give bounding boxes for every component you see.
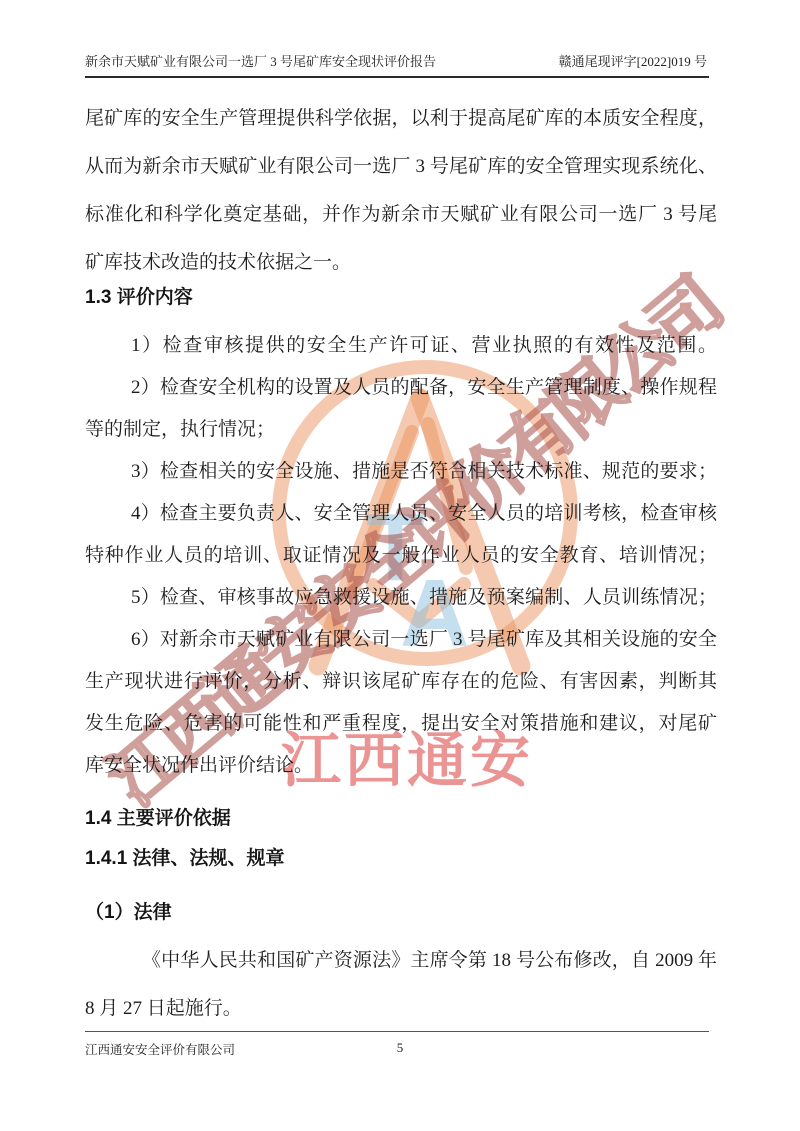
text-line: 2）检查安全机构的设置及人员的配备，安全生产管理制度、操作规程 <box>85 367 717 409</box>
page-content: 新余市天赋矿业有限公司一选厂 3 号尾矿库安全现状评价报告 赣通尾现评字[202… <box>0 0 800 1131</box>
text-line: 特种作业人员的培训、取证情况及一般作业人员的安全教育、培训情况； <box>85 535 717 577</box>
text-line: 6）对新余市天赋矿业有限公司一选厂 3 号尾矿库及其相关设施的安全 <box>85 619 717 661</box>
text-line: 发生危险、危害的可能性和严重程度，提出安全对策措施和建议，对尾矿 <box>85 703 717 745</box>
evaluation-item-1: 1）检查审核提供的安全生产许可证、营业执照的有效性及范围。 <box>85 325 717 367</box>
section-1-4-1-heading: 1.4.1 法律、法规、规章 <box>85 847 717 871</box>
text-line: 3）检查相关的安全设施、措施是否符合相关技术标准、规范的要求； <box>85 451 717 493</box>
intro-paragraph: 尾矿库的安全生产管理提供科学依据，以利于提高尾矿库的本质安全程度，从而为新余市天… <box>85 95 717 287</box>
text-line: 生产现状进行评价，分析、辩识该尾矿库存在的危险、有害因素，判断其 <box>85 661 717 703</box>
text-line: 等的制定，执行情况； <box>85 409 717 451</box>
evaluation-item-6: 6）对新余市天赋矿业有限公司一选厂 3 号尾矿库及其相关设施的安全生产现状进行评… <box>85 619 717 787</box>
text-line: 库安全状况作出评价结论。 <box>85 745 717 787</box>
text-line: 5）检查、审核事故应急救援设施、措施及预案编制、人员训练情况； <box>85 577 717 619</box>
text-line: 《中华人民共和国矿产资源法》主席令第 18 号公布修改，自 2009 年 <box>85 937 717 985</box>
law-paragraph: 《中华人民共和国矿产资源法》主席令第 18 号公布修改，自 2009 年8 月 … <box>85 937 717 1033</box>
header-rule <box>85 76 709 78</box>
header-report-title: 新余市天赋矿业有限公司一选厂 3 号尾矿库安全现状评价报告 <box>85 51 436 70</box>
text-line: 标准化和科学化奠定基础，并作为新余市天赋矿业有限公司一选厂 3 号尾 <box>85 191 717 239</box>
text-line: 4）检查主要负责人、安全管理人员、安全人员的培训考核，检查审核 <box>85 493 717 535</box>
evaluation-item-2: 2）检查安全机构的设置及人员的配备，安全生产管理制度、操作规程等的制定，执行情况… <box>85 367 717 451</box>
section-1-4-heading: 1.4 主要评价依据 <box>85 807 717 831</box>
evaluation-item-4: 4）检查主要负责人、安全管理人员、安全人员的培训考核，检查审核特种作业人员的培训… <box>85 493 717 577</box>
text-line: 1）检查审核提供的安全生产许可证、营业执照的有效性及范围。 <box>85 325 717 367</box>
page-number: 5 <box>0 1040 800 1056</box>
section-1-3-heading: 1.3 评价内容 <box>85 286 717 310</box>
evaluation-item-5: 5）检查、审核事故应急救援设施、措施及预案编制、人员训练情况； <box>85 577 717 619</box>
text-line: 8 月 27 日起施行。 <box>85 985 717 1033</box>
text-line: 矿库技术改造的技术依据之一。 <box>85 239 717 287</box>
document-page: T A 江西通安安全评价有限公司 江西通安 新余市天赋矿业有限公司一选厂 3 号… <box>0 0 800 1131</box>
text-line: 从而为新余市天赋矿业有限公司一选厂 3 号尾矿库的安全管理实现系统化、 <box>85 143 717 191</box>
footer-rule <box>85 1031 709 1032</box>
evaluation-items-list: 1）检查审核提供的安全生产许可证、营业执照的有效性及范围。 2）检查安全机构的设… <box>85 325 717 787</box>
evaluation-item-3: 3）检查相关的安全设施、措施是否符合相关技术标准、规范的要求； <box>85 451 717 493</box>
law-subsection-heading: （1）法律 <box>85 901 717 925</box>
text-line: 尾矿库的安全生产管理提供科学依据，以利于提高尾矿库的本质安全程度， <box>85 95 717 143</box>
header-doc-number: 赣通尾现评字[2022]019 号 <box>559 51 707 70</box>
